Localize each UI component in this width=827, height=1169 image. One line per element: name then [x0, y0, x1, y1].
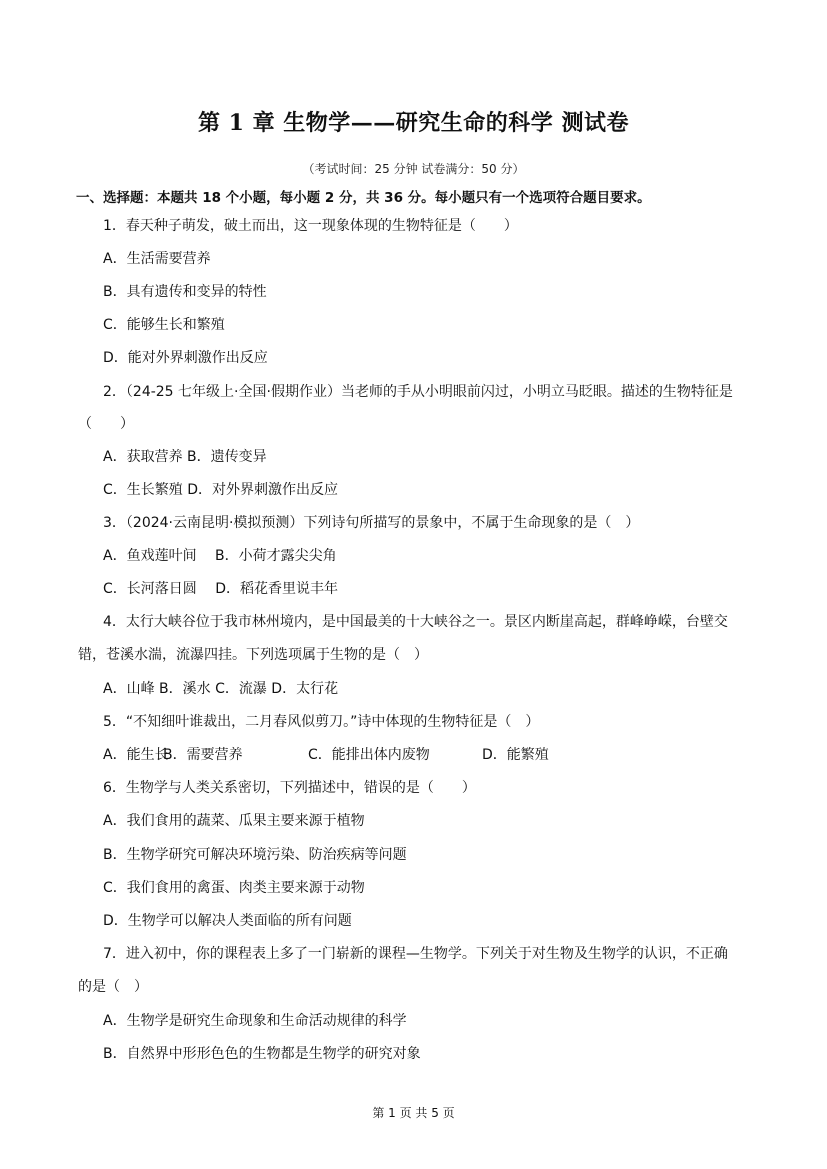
question-option: D．生物学可以解决人类面临的所有问题: [103, 911, 352, 931]
question-option: B．自然界中形形色色的生物都是生物学的研究对象: [103, 1044, 421, 1064]
question-option: B．具有遗传和变异的特性: [103, 282, 267, 302]
question-option: D．能繁殖: [482, 745, 549, 765]
question-option: A．生物学是研究生命现象和生命活动规律的科学: [103, 1011, 407, 1031]
question-stem-continued: （ ）: [78, 414, 134, 434]
question-option: A．能生长: [103, 745, 169, 765]
question-stem: 1．春天种子萌发，破土而出，这一现象体现的生物特征是（ ）: [103, 216, 518, 236]
exam-info: （考试时间：25 分钟 试卷满分：50 分）: [0, 160, 827, 177]
question-option: C．能够生长和繁殖: [103, 315, 225, 335]
question-option: A．鱼戏莲叶间 B．小荷才露尖尖角: [103, 546, 337, 566]
question-option: A．生活需要营养: [103, 249, 211, 269]
question-stem: 5．“不知细叶谁裁出，二月春风似剪刀。”诗中体现的生物特征是（ ）: [103, 712, 539, 732]
question-stem: 2．（24-25 七年级上·全国·假期作业）当老师的手从小明眼前闪过，小明立马眨…: [103, 382, 733, 402]
section-heading: 一、选择题：本题共 18 个小题，每小题 2 分，共 36 分。每小题只有一个选…: [76, 186, 651, 206]
question-option: C．能排出体内废物: [308, 745, 430, 765]
question-stem: 6．生物学与人类关系密切，下列描述中，错误的是（ ）: [103, 778, 476, 798]
question-option: A．获取营养 B．遗传变异: [103, 447, 267, 467]
question-option: A．山峰 B．溪水 C．流瀑 D．太行花: [103, 679, 338, 699]
question-option: C．我们食用的禽蛋、肉类主要来源于动物: [103, 878, 365, 898]
question-stem: 4．太行大峡谷位于我市林州境内，是中国最美的十大峡谷之一。景区内断崖高起，群峰峥…: [103, 612, 728, 632]
question-option: B．生物学研究可解决环境污染、防治疾病等问题: [103, 845, 407, 865]
page-footer: 第 1 页 共 5 页: [0, 1104, 827, 1121]
question-stem-continued: 的是（ ）: [78, 977, 148, 997]
question-option: A．我们食用的蔬菜、瓜果主要来源于植物: [103, 811, 365, 831]
question-option: C．长河落日圆 D．稻花香里说丰年: [103, 579, 338, 599]
question-stem: 7．进入初中，你的课程表上多了一门崭新的课程—生物学。下列关于对生物及生物学的认…: [103, 944, 728, 964]
question-stem: 3．（2024·云南昆明·模拟预测）下列诗句所描写的景象中，不属于生命现象的是（…: [103, 513, 639, 533]
page-title: 第 1 章 生物学——研究生命的科学 测试卷: [0, 106, 827, 137]
document-page: 第 1 章 生物学——研究生命的科学 测试卷 （考试时间：25 分钟 试卷满分：…: [0, 0, 827, 1169]
question-option: B．需要营养: [163, 745, 243, 765]
question-option: C．生长繁殖 D．对外界刺激作出反应: [103, 480, 338, 500]
question-stem-continued: 错，苍溪水湍，流瀑四挂。下列选项属于生物的是（ ）: [78, 645, 428, 665]
question-option: D．能对外界刺激作出反应: [103, 348, 268, 368]
